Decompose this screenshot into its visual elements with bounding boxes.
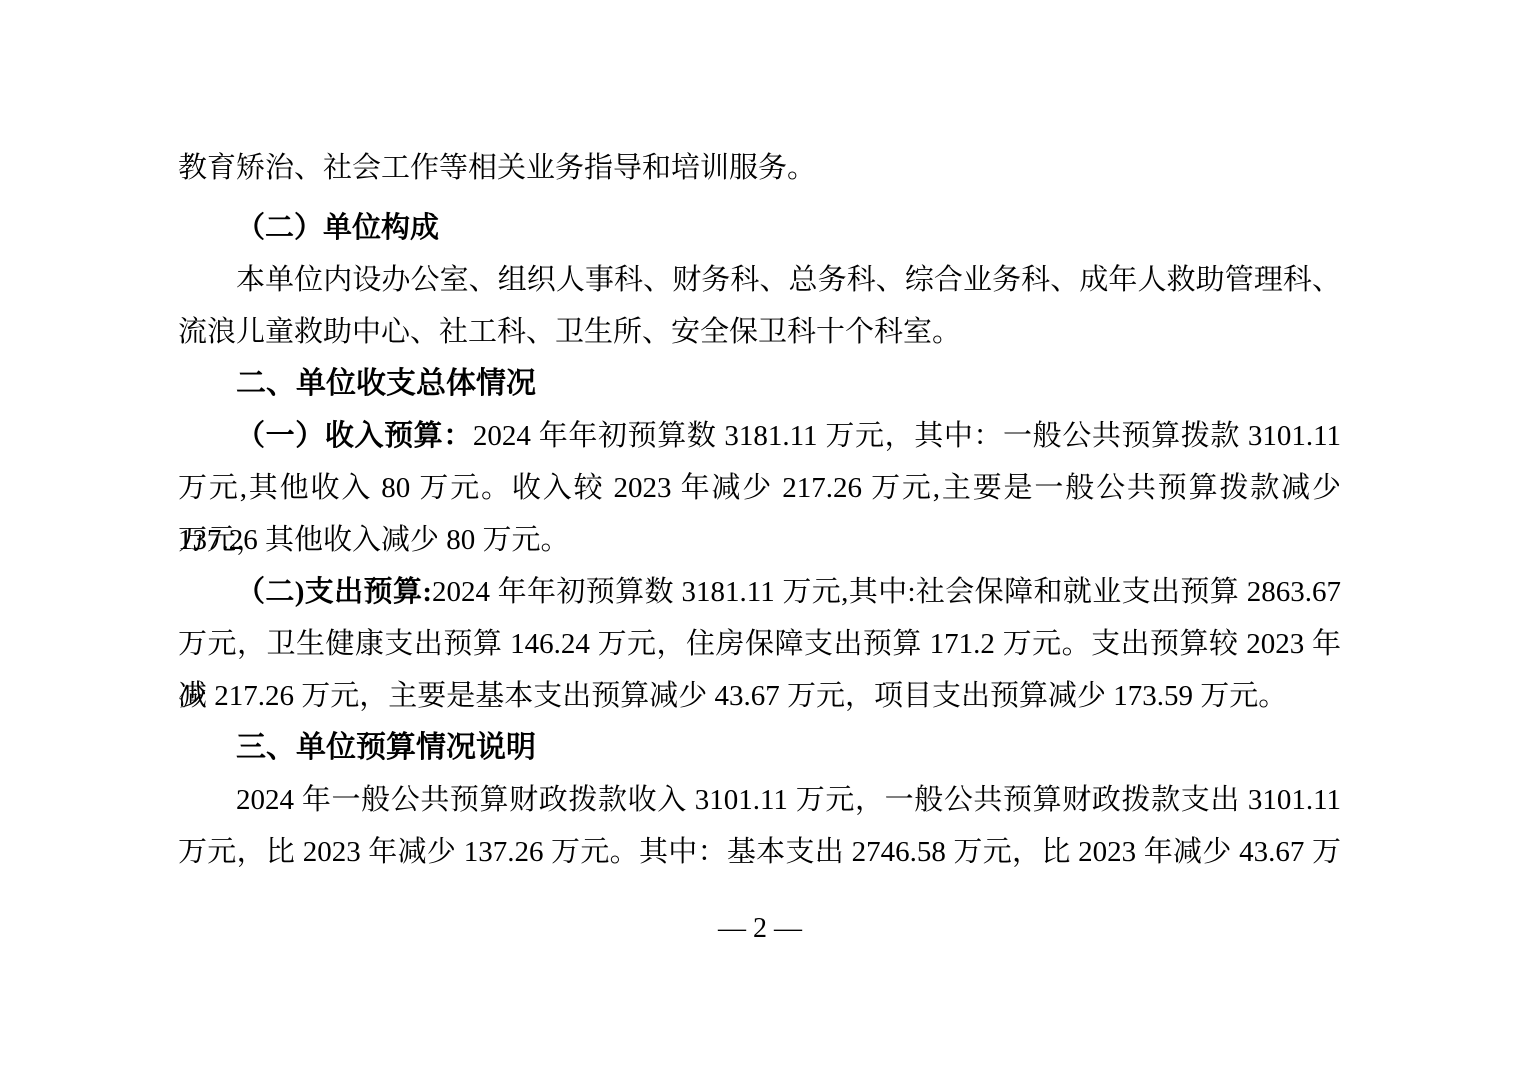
subheading-unit-composition: （二）单位构成 (178, 202, 1341, 254)
budget-explanation-line-1: 2024 年一般公共预算财政拨款收入 3101.11 万元，一般公共预算财政拨款… (178, 774, 1341, 826)
expense-budget-line-3: 少 217.26 万元，主要是基本支出预算减少 43.67 万元，项目支出预算减… (178, 670, 1341, 722)
page-number: — 2 — (0, 905, 1520, 953)
income-budget-line-3: 万元，其他收入减少 80 万元。 (178, 514, 1341, 566)
unit-composition-line-2: 流浪儿童救助中心、社工科、卫生所、安全保卫科十个科室。 (178, 306, 1341, 358)
income-budget-lead: （一）收入预算： (236, 420, 473, 452)
income-budget-line-2: 万元,其他收入 80 万元。收入较 2023 年减少 217.26 万元,主要是… (178, 462, 1341, 514)
expense-budget-lead: （二)支出预算: (236, 576, 432, 608)
continuation-paragraph-line: 教育矫治、社会工作等相关业务指导和培训服务。 (178, 142, 1341, 194)
expense-budget-line-2: 万元，卫生健康支出预算 146.24 万元，住房保障支出预算 171.2 万元。… (178, 618, 1341, 670)
document-page: 教育矫治、社会工作等相关业务指导和培训服务。 （二）单位构成 本单位内设办公室、… (0, 0, 1520, 1074)
expense-budget-text-1: 2024 年年初预算数 3181.11 万元,其中:社会保障和就业支出预算 28… (432, 576, 1341, 608)
expense-budget-line-1: （二)支出预算:2024 年年初预算数 3181.11 万元,其中:社会保障和就… (178, 566, 1341, 618)
heading-income-expense-overview: 二、单位收支总体情况 (178, 358, 1341, 410)
unit-composition-line-1: 本单位内设办公室、组织人事科、财务科、总务科、综合业务科、成年人救助管理科、 (178, 254, 1341, 306)
income-budget-line-1: （一）收入预算：2024 年年初预算数 3181.11 万元，其中：一般公共预算… (178, 410, 1341, 462)
document-body: 教育矫治、社会工作等相关业务指导和培训服务。 （二）单位构成 本单位内设办公室、… (178, 142, 1341, 878)
income-budget-text-1: 2024 年年初预算数 3181.11 万元，其中：一般公共预算拨款 3101.… (473, 420, 1341, 452)
heading-budget-explanation: 三、单位预算情况说明 (178, 722, 1341, 774)
budget-explanation-line-2: 万元，比 2023 年减少 137.26 万元。其中：基本支出 2746.58 … (178, 826, 1341, 878)
